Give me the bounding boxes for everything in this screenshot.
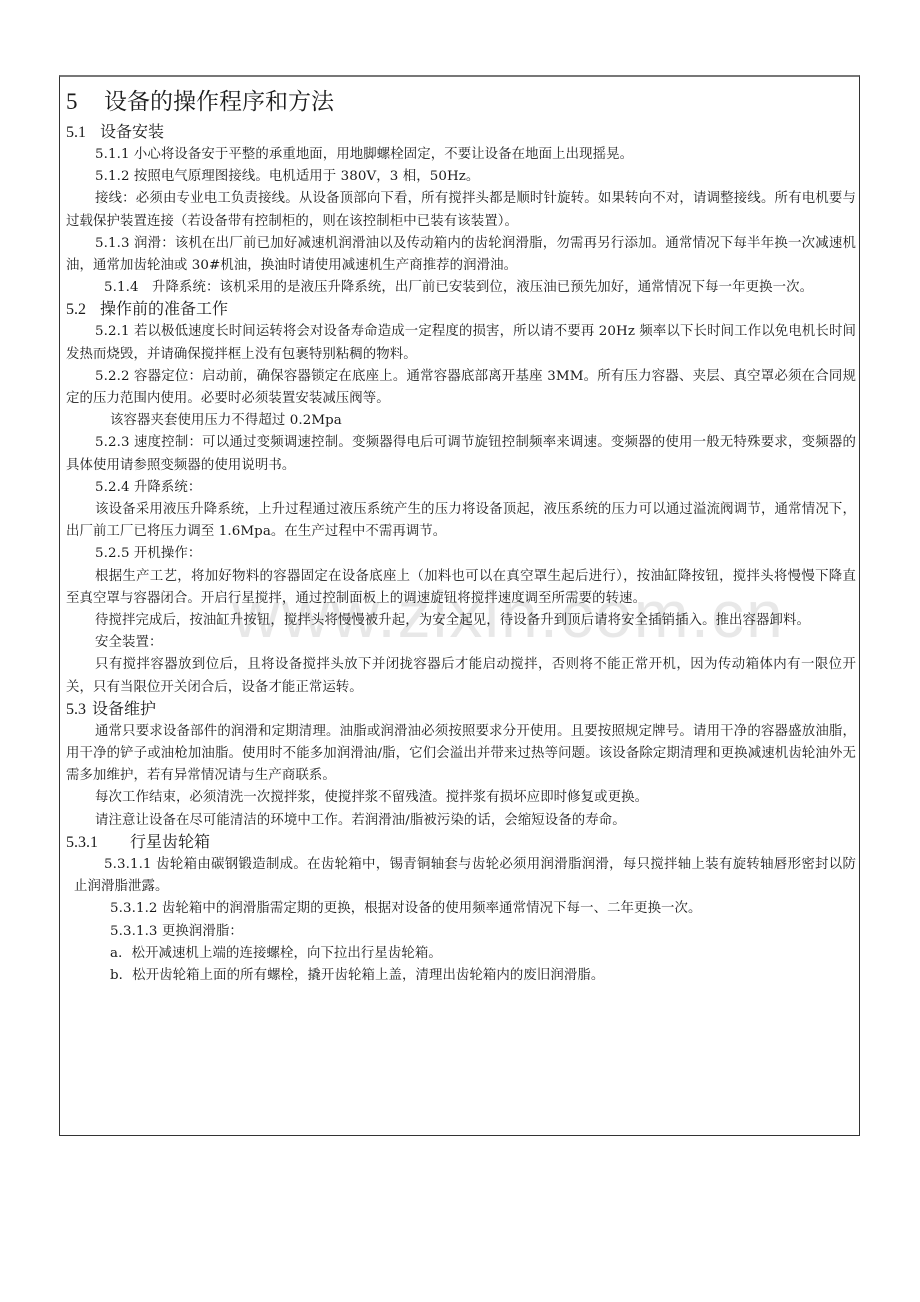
paragraph-environment: 请注意让设备在尽可能清洁的环境中工作。若润滑油/脂被污染的话，会缩短设备的寿命。 [66, 810, 856, 832]
paragraph-5-1-1: 5.1.1 小心将设备安于平整的承重地面，用地脚螺栓固定，不要让设备在地面上出现… [66, 144, 856, 166]
section-number: 5.3 [66, 699, 92, 721]
section-5-2-heading: 5.2操作前的准备工作 [66, 299, 856, 321]
paragraph-safety: 只有搅拌容器放到位后，且将设备搅拌头放下并闭拢容器后才能启动搅拌，否则将不能正常… [66, 654, 856, 698]
paragraph-5-2-4-title: 5.2.4 升降系统： [66, 477, 856, 499]
section-5-1-heading: 5.1设备安装 [66, 122, 856, 144]
paragraph-5-1-3: 5.1.3 润滑：该机在出厂前已加好减速机润滑油以及传动箱内的齿轮润滑脂，勿需再… [66, 233, 856, 277]
paragraph-cleaning: 每次工作结束，必须清洗一次搅拌浆，使搅拌浆不留残渣。搅拌浆有损坏应即时修复或更换… [66, 787, 856, 809]
section-number: 5 [66, 82, 104, 122]
paragraph-startup: 根据生产工艺，将加好物料的容器固定在设备底座上（加料也可以在真空罩生起后进行），… [66, 566, 856, 610]
paragraph-5-2-1: 5.2.1 若以极低速度长时间运转将会对设备寿命造成一定程度的损害，所以请不要再… [66, 321, 856, 365]
list-item-b: b．松开齿轮箱上面的所有螺栓，撬开齿轮箱上盖，清理出齿轮箱内的废旧润滑脂。 [66, 965, 856, 987]
document-body: 5设备的操作程序和方法 5.1设备安装 5.1.1 小心将设备安于平整的承重地面… [66, 82, 856, 987]
paragraph-after-mixing: 待搅拌完成后，按油缸升按钮，搅拌头将慢慢被升起，为安全起见，待设备升到顶后请将安… [66, 610, 856, 632]
paragraph-5-3-1-1: 5.3.1.1 齿轮箱由碳钢锻造制成。在齿轮箱中，锡青铜轴套与齿轮必须用润滑脂润… [66, 854, 856, 898]
paragraph-maintenance: 通常只要求设备部件的润滑和定期清理。油脂或润滑油必须按照要求分开使用。且要按照规… [66, 721, 856, 788]
section-number: 5.3.1 [66, 832, 130, 854]
paragraph-5-1-4: 5.1.4 升降系统：该机采用的是液压升降系统，出厂前已安装到位，液压油已预先加… [66, 277, 856, 299]
section-title: 行星齿轮箱 [130, 834, 210, 851]
paragraph-5-3-1-2: 5.3.1.2 齿轮箱中的润滑脂需定期的更换，根据对设备的使用频率通常情况下每一… [66, 898, 856, 920]
section-5-3-1-heading: 5.3.1行星齿轮箱 [66, 832, 856, 854]
paragraph-lift-system: 该设备采用液压升降系统，上升过程通过液压系统产生的压力将设备顶起，液压系统的压力… [66, 499, 856, 543]
paragraph-jacket-pressure: 该容器夹套使用压力不得超过 0.2Mpa [66, 410, 856, 432]
paragraph-5-1-2: 5.1.2 按照电气原理图接线。电机适用于 380V，3 相，50Hz。 [66, 166, 856, 188]
paragraph-5-2-2: 5.2.2 容器定位：启动前，确保容器锁定在底座上。通常容器底部离开基座 3MM… [66, 366, 856, 410]
section-title: 设备维护 [92, 701, 156, 718]
section-number: 5.2 [66, 299, 100, 321]
paragraph-5-3-1-3: 5.3.1.3 更换润滑脂： [66, 921, 856, 943]
section-number: 5.1 [66, 122, 100, 144]
section-title: 设备安装 [100, 124, 164, 141]
list-item-a: a．松开减速机上端的连接螺栓，向下拉出行星齿轮箱。 [66, 943, 856, 965]
paragraph-wiring: 接线：必须由专业电工负责接线。从设备顶部向下看，所有搅拌头都是顺时针旋转。如果转… [66, 188, 856, 232]
section-5-3-heading: 5.3设备维护 [66, 699, 856, 721]
section-title: 设备的操作程序和方法 [104, 89, 334, 114]
paragraph-5-2-5-title: 5.2.5 开机操作： [66, 543, 856, 565]
section-title: 操作前的准备工作 [100, 301, 228, 318]
paragraph-safety-title: 安全装置： [66, 632, 856, 654]
paragraph-5-2-3: 5.2.3 速度控制：可以通过变频调速控制。变频器得电后可调节旋钮控制频率来调速… [66, 432, 856, 476]
section-5-heading: 5设备的操作程序和方法 [66, 82, 856, 122]
